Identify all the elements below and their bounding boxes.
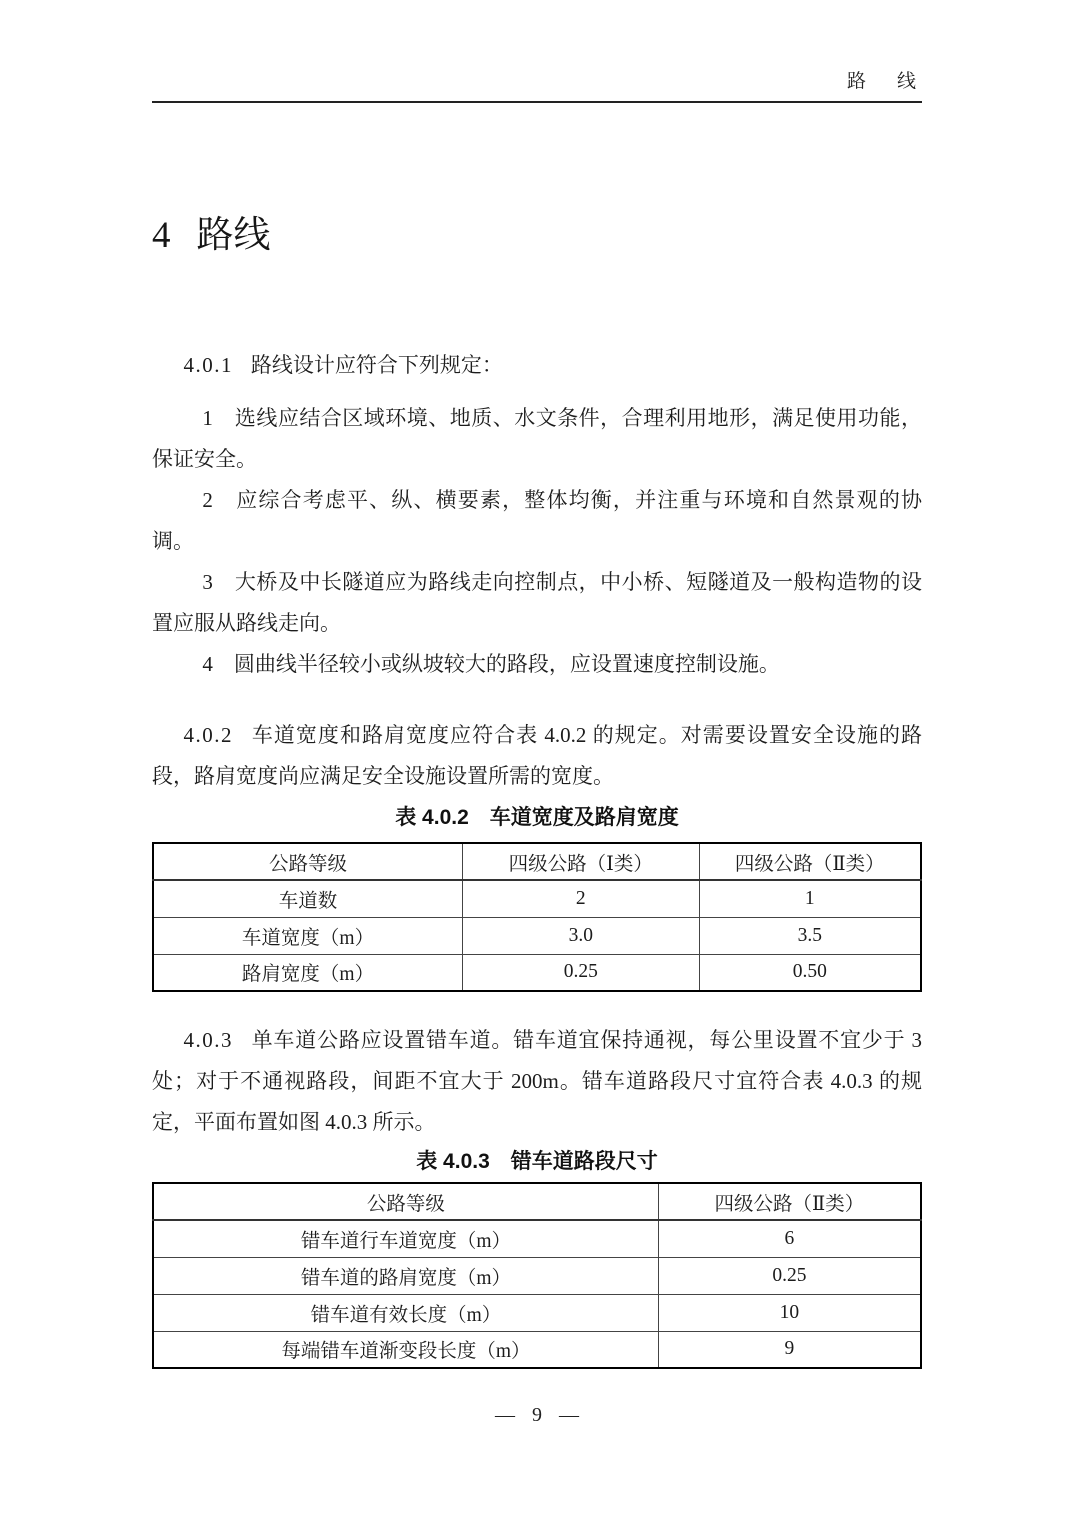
table-4-0-3: 公路等级 四级公路（Ⅱ类） 错车道行车道宽度（m） 6 错车道的路肩宽度（m） … <box>152 1182 922 1369</box>
clause-4-0-1: 4.0.1路线设计应符合下列规定： <box>152 345 922 386</box>
table-row: 车道数 2 1 <box>153 880 921 917</box>
row-label-cell: 每端错车道渐变段长度（m） <box>153 1331 658 1368</box>
header-rule <box>152 101 922 103</box>
row-label-cell: 车道数 <box>153 880 463 917</box>
clause-4-0-1-item-4: 4 圆曲线半径较小或纵坡较大的路段，应设置速度控制设施。 <box>152 644 922 685</box>
clause-label: 4.0.1 <box>184 353 234 377</box>
data-cell: 6 <box>658 1220 921 1257</box>
row-label-cell: 错车道的路肩宽度（m） <box>153 1257 658 1294</box>
data-cell: 3.5 <box>699 917 921 954</box>
table-row: 路肩宽度（m） 0.25 0.50 <box>153 954 921 991</box>
clause-text: 车道宽度和路肩宽度应符合表 4.0.2 的规定。对需要设置安全设施的路段，路肩宽… <box>152 723 922 788</box>
document-page: 路 线 4路线 4.0.1路线设计应符合下列规定： 1 选线应结合区域环境、地质… <box>0 0 1074 1520</box>
table-row: 错车道行车道宽度（m） 6 <box>153 1220 921 1257</box>
data-cell: 1 <box>699 880 921 917</box>
header-cell: 公路等级 <box>153 1183 658 1220</box>
data-cell: 3.0 <box>463 917 700 954</box>
table-row: 错车道有效长度（m） 10 <box>153 1294 921 1331</box>
clause-text: 路线设计应符合下列规定： <box>251 353 503 377</box>
header-cell: 公路等级 <box>153 843 463 880</box>
header-cell: 四级公路（Ⅰ类） <box>463 843 700 880</box>
clause-4-0-1-item-3: 3 大桥及中长隧道应为路线走向控制点，中小桥、短隧道及一般构造物的设置应服从路线… <box>152 562 922 644</box>
table-4-0-2-caption: 表 4.0.2 车道宽度及路肩宽度 <box>152 803 922 833</box>
clause-4-0-1-item-1: 1 选线应结合区域环境、地质、水文条件，合理利用地形，满足使用功能，保证安全。 <box>152 398 922 480</box>
chapter-title: 4路线 <box>152 215 922 257</box>
table-4-0-2: 公路等级 四级公路（Ⅰ类） 四级公路（Ⅱ类） 车道数 2 1 车道宽度（m） 3… <box>152 842 922 992</box>
clause-text: 单车道公路应设置错车道。错车道宜保持通视，每公里设置不宜少于 3 处；对于不通视… <box>152 1028 922 1134</box>
table-row: 车道宽度（m） 3.0 3.5 <box>153 917 921 954</box>
table-header-row: 公路等级 四级公路（Ⅰ类） 四级公路（Ⅱ类） <box>153 843 921 880</box>
row-label-cell: 车道宽度（m） <box>153 917 463 954</box>
table-row: 错车道的路肩宽度（m） 0.25 <box>153 1257 921 1294</box>
table-header-row: 公路等级 四级公路（Ⅱ类） <box>153 1183 921 1220</box>
table-row: 每端错车道渐变段长度（m） 9 <box>153 1331 921 1368</box>
header-cell: 四级公路（Ⅱ类） <box>658 1183 921 1220</box>
data-cell: 10 <box>658 1294 921 1331</box>
running-header-title: 路 线 <box>847 71 922 92</box>
data-cell: 0.25 <box>463 954 700 991</box>
clause-4-0-3: 4.0.3单车道公路应设置错车道。错车道宜保持通视，每公里设置不宜少于 3 处；… <box>152 1020 922 1143</box>
clause-label: 4.0.3 <box>184 1028 234 1052</box>
clause-4-0-2: 4.0.2车道宽度和路肩宽度应符合表 4.0.2 的规定。对需要设置安全设施的路… <box>152 715 922 797</box>
clause-4-0-1-item-2: 2 应综合考虑平、纵、横要素，整体均衡，并注重与环境和自然景观的协调。 <box>152 480 922 562</box>
data-cell: 9 <box>658 1331 921 1368</box>
chapter-number: 4 <box>152 215 171 256</box>
row-label-cell: 错车道有效长度（m） <box>153 1294 658 1331</box>
data-cell: 2 <box>463 880 700 917</box>
running-header: 路 线 <box>152 72 922 92</box>
table-4-0-3-caption: 表 4.0.3 错车道路段尺寸 <box>152 1147 922 1177</box>
row-label-cell: 错车道行车道宽度（m） <box>153 1220 658 1257</box>
row-label-cell: 路肩宽度（m） <box>153 954 463 991</box>
header-cell: 四级公路（Ⅱ类） <box>699 843 921 880</box>
clause-label: 4.0.2 <box>184 723 234 747</box>
chapter-name: 路线 <box>197 215 271 256</box>
footer-page-number: — 9 — <box>152 1403 922 1427</box>
data-cell: 0.25 <box>658 1257 921 1294</box>
data-cell: 0.50 <box>699 954 921 991</box>
